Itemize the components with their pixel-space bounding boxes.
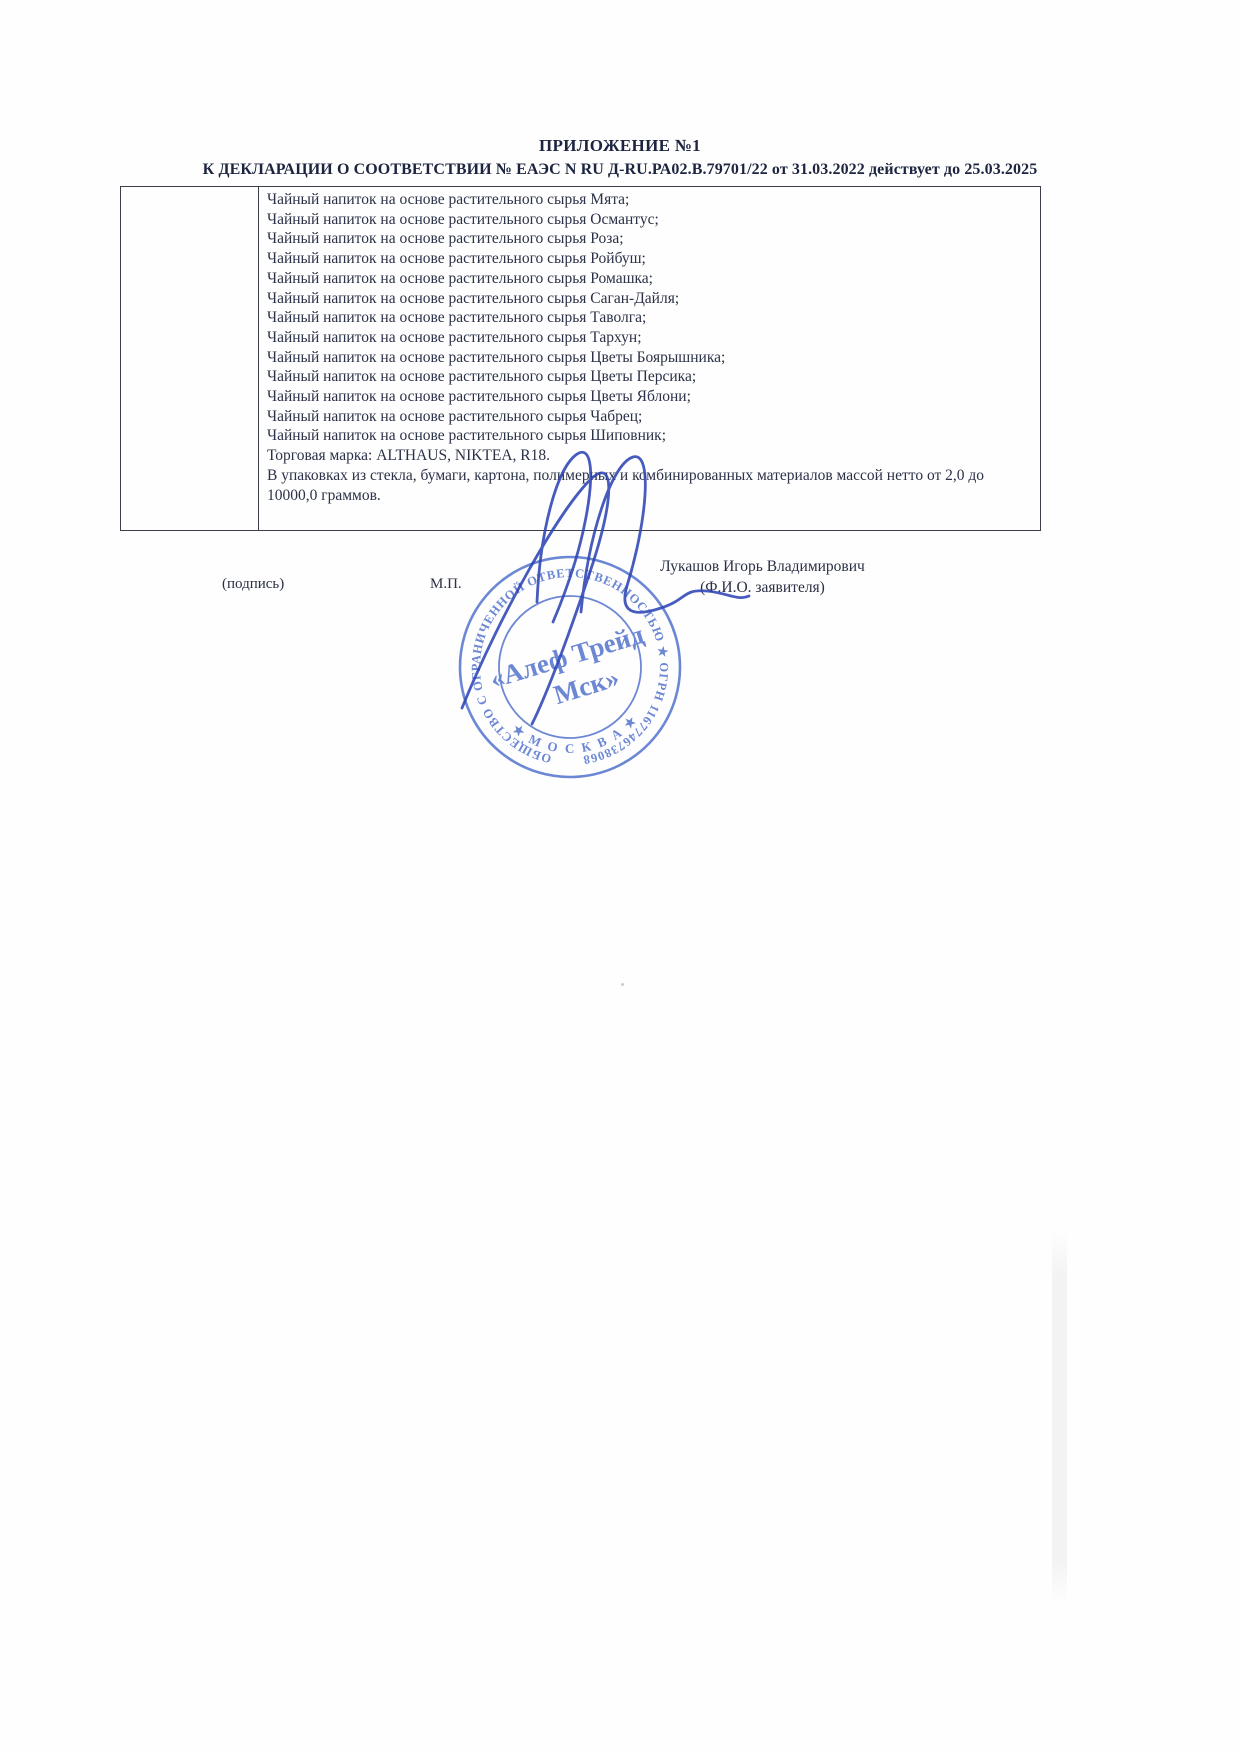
document-header: ПРИЛОЖЕНИЕ №1 К ДЕКЛАРАЦИИ О СООТВЕТСТВИ…: [0, 136, 1240, 179]
product-table-empty-column: [121, 187, 259, 530]
product-line: Чайный напиток на основе растительного с…: [267, 308, 1030, 328]
appendix-title: ПРИЛОЖЕНИЕ №1: [0, 136, 1240, 156]
product-line: Чайный напиток на основе растительного с…: [267, 328, 1030, 348]
declaration-number-line: К ДЕКЛАРАЦИИ О СООТВЕТСТВИИ № ЕАЭС N RU …: [0, 161, 1240, 179]
scan-speck: [621, 983, 624, 986]
product-line: Чайный напиток на основе растительного с…: [267, 387, 1030, 407]
product-line: Чайный напиток на основе растительного с…: [267, 269, 1030, 289]
document-page: ПРИЛОЖЕНИЕ №1 К ДЕКЛАРАЦИИ О СООТВЕТСТВИ…: [0, 0, 1240, 1754]
product-line: Чайный напиток на основе растительного с…: [267, 289, 1030, 309]
product-list: Чайный напиток на основе растительного с…: [267, 190, 1030, 446]
scan-artifact-band: [1052, 1232, 1067, 1604]
product-line: Чайный напиток на основе растительного с…: [267, 190, 1030, 210]
product-line: Чайный напиток на основе растительного с…: [267, 348, 1030, 368]
signature-caption: (подпись): [222, 576, 284, 593]
product-line: Чайный напиток на основе растительного с…: [267, 229, 1030, 249]
product-line: Чайный напиток на основе растительного с…: [267, 249, 1030, 269]
product-line: Чайный напиток на основе растительного с…: [267, 407, 1030, 427]
product-line: Чайный напиток на основе растительного с…: [267, 210, 1030, 230]
product-line: Чайный напиток на основе растительного с…: [267, 367, 1030, 387]
handwritten-signature: [420, 430, 780, 760]
